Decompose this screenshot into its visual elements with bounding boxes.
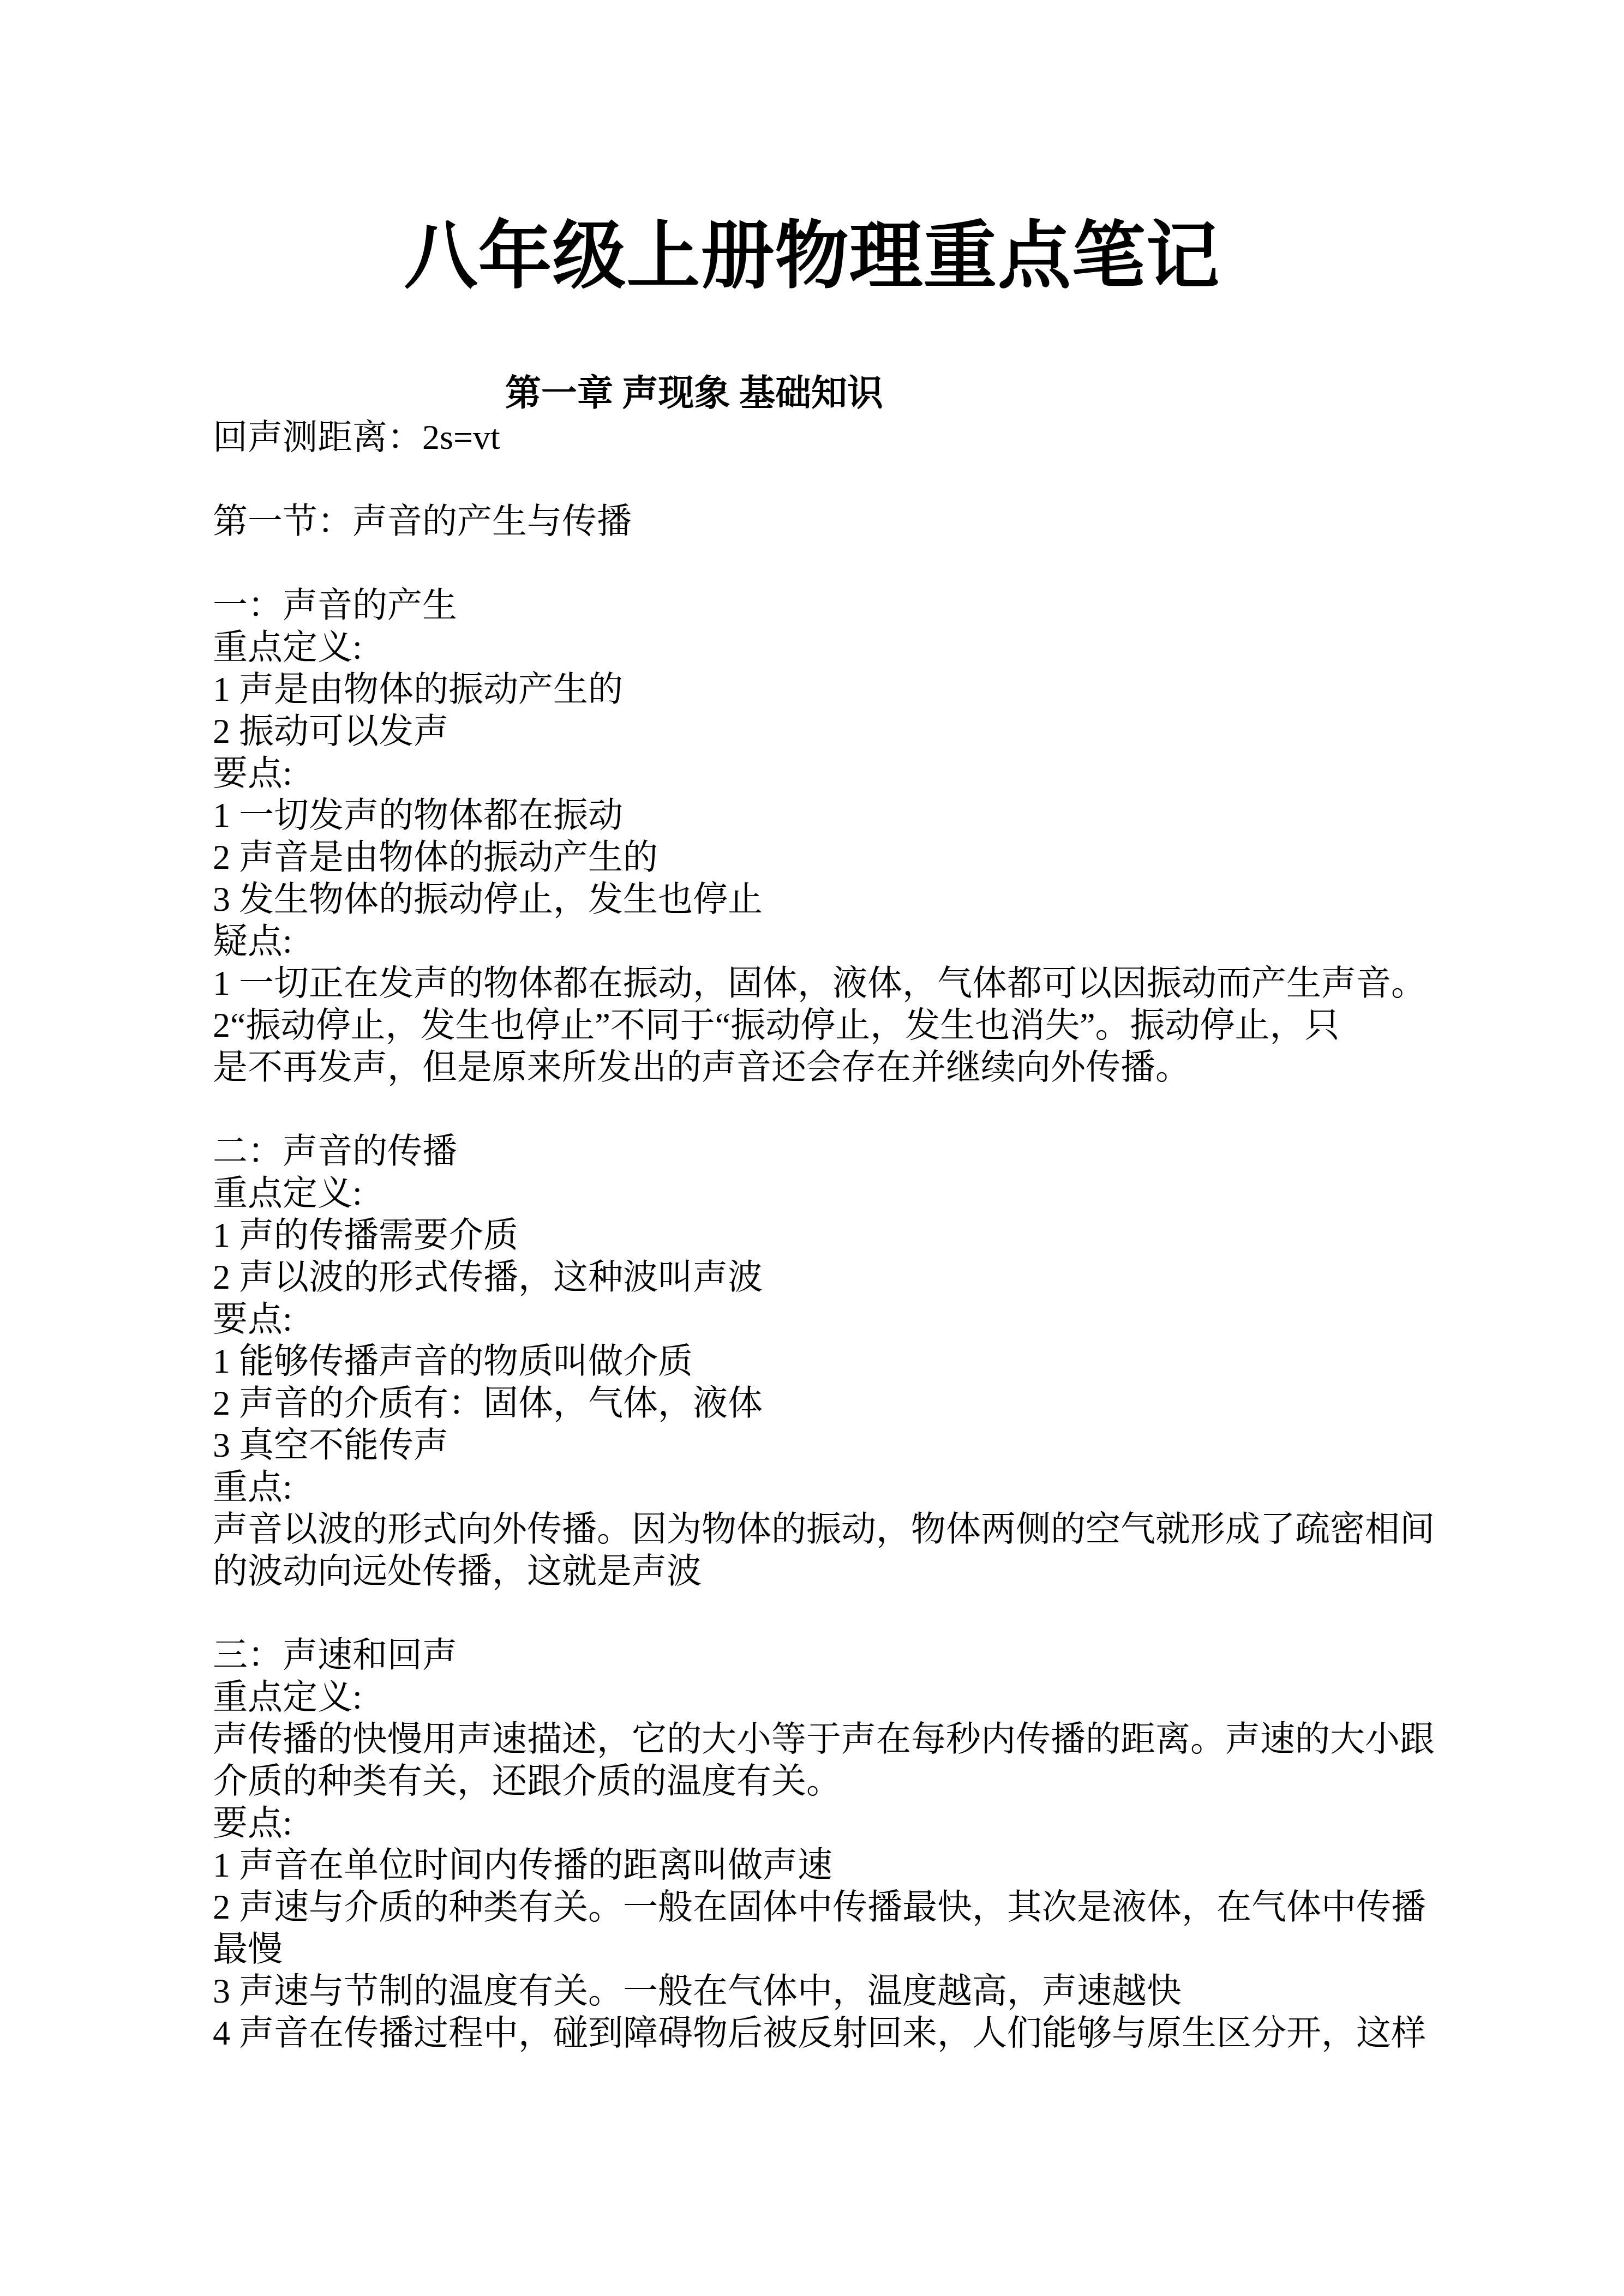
body-text-line: 3 发生物体的振动停止，发生也停止 bbox=[213, 878, 1495, 920]
body-text-line: 重点: bbox=[213, 1466, 1495, 1508]
body-text-line: 1 声的传播需要介质 bbox=[213, 1214, 1495, 1256]
body-text-line: 4 声音在传播过程中，碰到障碍物后被反射回来，人们能够与原生区分开，这样 bbox=[213, 2012, 1495, 2054]
body-text-line: 三：声速和回声 bbox=[213, 1634, 1495, 1676]
blank-line bbox=[213, 1088, 1495, 1130]
body-text-line: 3 声速与节制的温度有关。一般在气体中，温度越高，声速越快 bbox=[213, 1970, 1495, 2012]
body-text-line: 2 声速与介质的种类有关。一般在固体中传播最快，其次是液体，在气体中传播 bbox=[213, 1886, 1495, 1928]
body-text-line: 2 振动可以发声 bbox=[213, 710, 1495, 752]
body-text-line: 要点: bbox=[213, 752, 1495, 794]
body-text-line: 1 能够传播声音的物质叫做介质 bbox=[213, 1340, 1495, 1382]
body-text-line: 1 声音在单位时间内传播的距离叫做声速 bbox=[213, 1844, 1495, 1886]
body-text-line: 2 声音是由物体的振动产生的 bbox=[213, 836, 1495, 878]
document-body: 回声测距离：2s=vt第一节：声音的产生与传播一：声音的产生重点定义:1 声是由… bbox=[213, 416, 1495, 2054]
body-text-line: 最慢 bbox=[213, 1928, 1495, 1970]
body-text-line: 二：声音的传播 bbox=[213, 1130, 1495, 1172]
blank-line bbox=[213, 1592, 1495, 1634]
body-text-line: 要点: bbox=[213, 1298, 1495, 1340]
body-text-line: 1 一切正在发声的物体都在振动，固体，液体，气体都可以因振动而产生声音。 bbox=[213, 962, 1495, 1004]
chapter-heading: 第一章 声现象 基础知识 bbox=[505, 372, 883, 414]
body-text-line: 疑点: bbox=[213, 920, 1495, 962]
body-text-line: 要点: bbox=[213, 1802, 1495, 1844]
body-text-line: 的波动向远处传播，这就是声波 bbox=[213, 1550, 1495, 1592]
blank-line bbox=[213, 542, 1495, 584]
document-page: 八年级上册物理重点笔记 第一章 声现象 基础知识 回声测距离：2s=vt第一节：… bbox=[0, 0, 1624, 2296]
body-text-line: 第一节：声音的产生与传播 bbox=[213, 500, 1495, 542]
body-text-line: 重点定义: bbox=[213, 1676, 1495, 1718]
body-text-line: 声音以波的形式向外传播。因为物体的振动，物体两侧的空气就形成了疏密相间 bbox=[213, 1508, 1495, 1550]
body-text-line: 重点定义: bbox=[213, 626, 1495, 668]
body-text-line: 声传播的快慢用声速描述，它的大小等于声在每秒内传播的距离。声速的大小跟 bbox=[213, 1718, 1495, 1760]
body-text-line: 2“振动停止，发生也停止”不同于“振动停止，发生也消失”。振动停止，只 bbox=[213, 1004, 1495, 1046]
body-text-line: 回声测距离：2s=vt bbox=[213, 416, 1495, 458]
body-text-line: 一：声音的产生 bbox=[213, 584, 1495, 626]
body-text-line: 1 声是由物体的振动产生的 bbox=[213, 668, 1495, 710]
body-text-line: 3 真空不能传声 bbox=[213, 1424, 1495, 1466]
body-text-line: 2 声以波的形式传播，这种波叫声波 bbox=[213, 1256, 1495, 1298]
blank-line bbox=[213, 458, 1495, 500]
document-title: 八年级上册物理重点笔记 bbox=[0, 215, 1624, 297]
body-text-line: 是不再发声，但是原来所发出的声音还会存在并继续向外传播。 bbox=[213, 1046, 1495, 1088]
body-text-line: 1 一切发声的物体都在振动 bbox=[213, 794, 1495, 836]
body-text-line: 2 声音的介质有：固体，气体，液体 bbox=[213, 1382, 1495, 1424]
body-text-line: 介质的种类有关，还跟介质的温度有关。 bbox=[213, 1760, 1495, 1802]
body-text-line: 重点定义: bbox=[213, 1172, 1495, 1214]
